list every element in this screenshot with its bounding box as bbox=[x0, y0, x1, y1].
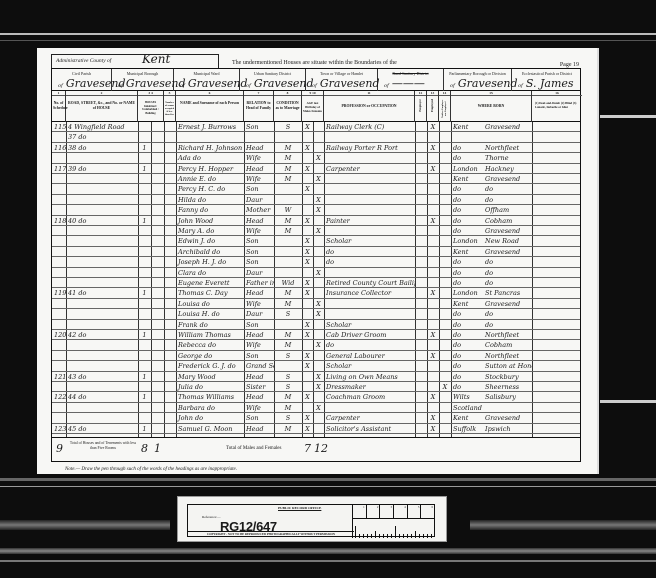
cell-born-place: Stockbury bbox=[483, 372, 532, 382]
film-streak bbox=[600, 400, 656, 403]
ruler-tick bbox=[367, 534, 368, 538]
cell-cond bbox=[274, 268, 302, 278]
ruler-mark: 4 bbox=[394, 505, 408, 518]
cell-occ: do bbox=[324, 247, 415, 257]
cell-cond bbox=[274, 132, 302, 142]
cell-rel bbox=[244, 132, 274, 142]
film-streak bbox=[0, 33, 656, 35]
cell-born-place: Gravesend bbox=[483, 174, 532, 184]
ruler-tick bbox=[387, 534, 388, 538]
cell-occ: Dressmaker bbox=[324, 382, 415, 392]
cell-age-f: X bbox=[313, 174, 324, 184]
cell-born-place: Cobham bbox=[483, 216, 532, 226]
intro-text: The undermentioned Houses are situate wi… bbox=[232, 60, 397, 66]
cell-age-m: X bbox=[302, 413, 313, 423]
prefix: of bbox=[384, 83, 389, 89]
cell-emp bbox=[415, 247, 427, 257]
cell-cond: M bbox=[274, 288, 302, 298]
cell-born-county: do bbox=[451, 195, 483, 205]
cell-emp bbox=[415, 299, 427, 309]
cell-cond: M bbox=[274, 216, 302, 226]
cell-occ: General Labourer bbox=[324, 351, 415, 361]
cell-born-county: do bbox=[451, 309, 483, 319]
cell-address bbox=[66, 382, 138, 392]
cell-neither bbox=[439, 143, 451, 153]
cell-age-m bbox=[302, 195, 313, 205]
cell-age-f: X bbox=[313, 372, 324, 382]
houses-total-label: Total of Houses and of Tenements with le… bbox=[68, 441, 138, 451]
ruler-tick bbox=[399, 534, 400, 538]
cell-emp bbox=[415, 320, 427, 330]
cell-inh bbox=[138, 320, 151, 330]
cell-emp bbox=[415, 174, 427, 184]
value: S. James bbox=[526, 77, 574, 90]
cell-age-f bbox=[313, 330, 324, 340]
col-num: 5 bbox=[164, 91, 175, 96]
cell-name: Edwin J. do bbox=[176, 236, 244, 246]
cell-address bbox=[66, 361, 138, 371]
cell-empd bbox=[427, 299, 439, 309]
cell-empd bbox=[427, 174, 439, 184]
cell-rel: Head bbox=[244, 424, 274, 434]
cell-born-county: Wilts bbox=[451, 392, 483, 402]
cell-neither bbox=[439, 257, 451, 267]
cell-empd bbox=[427, 195, 439, 205]
col-text: Employer bbox=[418, 99, 425, 112]
cell-born-county: do bbox=[451, 226, 483, 236]
ruler-tick bbox=[383, 534, 384, 538]
table-row: Joseph H. J. doSonXdododo bbox=[52, 257, 580, 267]
cell-sched bbox=[52, 174, 66, 184]
district-parliamentary: Parliamentary Borough or Division ofGrav… bbox=[444, 69, 512, 91]
prefix: of bbox=[58, 83, 63, 89]
cell-born-place: New Road bbox=[483, 236, 532, 246]
cell-born-county: Scotland bbox=[451, 403, 483, 413]
cell-neither bbox=[439, 372, 451, 382]
table-row: George doSonSXGeneral LabourerXdoNorthfl… bbox=[52, 351, 580, 361]
cell-born-county: do bbox=[451, 320, 483, 330]
cell-neither bbox=[439, 164, 451, 174]
cell-name: John Wood bbox=[176, 216, 244, 226]
cell-sched bbox=[52, 226, 66, 236]
col-num: 2 bbox=[66, 91, 137, 96]
cell-sched bbox=[52, 184, 66, 194]
cell-age-m: X bbox=[302, 122, 313, 132]
cell-born-place: Gravesend bbox=[483, 226, 532, 236]
cell-address: 41 do bbox=[66, 288, 138, 298]
cell-address bbox=[66, 340, 138, 350]
cell-occ: Railway Clerk (C) bbox=[324, 122, 415, 132]
cell-born-place: do bbox=[483, 320, 532, 330]
cell-rel: Head bbox=[244, 392, 274, 402]
cell-age-m: X bbox=[302, 164, 313, 174]
cell-occ: Coachman Groom bbox=[324, 392, 415, 402]
value: Gravesend bbox=[458, 77, 518, 90]
col-name: 6NAME and Surname of each Person bbox=[176, 91, 244, 122]
cell-inh: 1 bbox=[138, 216, 151, 226]
cell-born-place: Gravesend bbox=[483, 299, 532, 309]
film-streak bbox=[600, 115, 656, 118]
table-row: 11840 do1John WoodHeadMXPainterXdoCobham bbox=[52, 216, 580, 226]
cell-born-place bbox=[483, 132, 532, 142]
cell-emp bbox=[415, 205, 427, 215]
males-females-label: Total of Males and Females bbox=[226, 446, 281, 451]
cell-empd: X bbox=[427, 288, 439, 298]
cell-name: William Thomas bbox=[176, 330, 244, 340]
district-rural-sanitary: Rural Sanitary District of——— bbox=[378, 69, 444, 91]
cell-age-f: X bbox=[313, 382, 324, 392]
col-text: AGE last Birthday of Males Females bbox=[303, 101, 322, 113]
cell-emp bbox=[415, 153, 427, 163]
cell-occ bbox=[324, 205, 415, 215]
cell-rel: Son bbox=[244, 351, 274, 361]
cell-address bbox=[66, 236, 138, 246]
cell-born-place: Cobham bbox=[483, 340, 532, 350]
cell-born-county: do bbox=[451, 184, 483, 194]
cell-age-f bbox=[313, 320, 324, 330]
table-row: 1154 Wingfield RoadErnest J. BurrowsSonS… bbox=[52, 122, 580, 132]
district-urban-sanitary: Urban Sanitary District ofGravesend bbox=[240, 69, 306, 91]
district-municipal-borough: Municipal Borough ofGravesend bbox=[112, 69, 174, 91]
cell-address bbox=[66, 226, 138, 236]
prefix: of bbox=[450, 83, 455, 89]
cell-occ: Living on Own Means bbox=[324, 372, 415, 382]
cell-empd bbox=[427, 257, 439, 267]
cell-cond bbox=[274, 236, 302, 246]
cell-name: Thomas C. Day bbox=[176, 288, 244, 298]
cell-sched bbox=[52, 299, 66, 309]
cell-address bbox=[66, 299, 138, 309]
cell-neither bbox=[439, 424, 451, 434]
cell-age-m: X bbox=[302, 288, 313, 298]
cell-inh bbox=[138, 257, 151, 267]
cell-born-place: do bbox=[483, 195, 532, 205]
cell-address: 44 do bbox=[66, 392, 138, 402]
col-num: 1 bbox=[52, 91, 65, 96]
admin-county-label: Administrative County of bbox=[56, 58, 111, 64]
cell-cond: M bbox=[274, 174, 302, 184]
cell-occ bbox=[324, 195, 415, 205]
value: ——— bbox=[392, 77, 425, 90]
cell-born-county: Kent bbox=[451, 174, 483, 184]
col-num: 7 bbox=[244, 91, 273, 96]
houses-uninhabited-total: 1 bbox=[154, 442, 161, 455]
cell-born-county: Suffolk bbox=[451, 424, 483, 434]
cell-empd bbox=[427, 268, 439, 278]
cell-sched bbox=[52, 132, 66, 142]
cell-cond bbox=[274, 247, 302, 257]
cell-age-m bbox=[302, 153, 313, 163]
table-row: 11638 do1Richard H. JohnsonHeadMXRailway… bbox=[52, 143, 580, 153]
cell-age-m: X bbox=[302, 330, 313, 340]
cell-age-m: X bbox=[302, 236, 313, 246]
cell-born-place: do bbox=[483, 309, 532, 319]
cell-age-f: X bbox=[313, 340, 324, 350]
cell-born-place: Offham bbox=[483, 205, 532, 215]
district-town: Town or Village or Hamlet ofGravesend bbox=[306, 69, 378, 91]
cell-address: 37 do bbox=[66, 132, 138, 142]
cell-age-f bbox=[313, 257, 324, 267]
cell-neither bbox=[439, 184, 451, 194]
cell-born-county: London bbox=[451, 288, 483, 298]
cell-address bbox=[66, 174, 138, 184]
cell-occ: Scholar bbox=[324, 361, 415, 371]
cell-name: Ernest J. Burrows bbox=[176, 122, 244, 132]
cell-name: Samuel G. Moon bbox=[176, 424, 244, 434]
cell-occ bbox=[324, 403, 415, 413]
cell-age-m: X bbox=[302, 351, 313, 361]
district-header: Civil Parish ofGravesend Municipal Borou… bbox=[52, 69, 580, 91]
cell-emp bbox=[415, 143, 427, 153]
cell-emp bbox=[415, 278, 427, 288]
cell-sched bbox=[52, 340, 66, 350]
cell-address: 39 do bbox=[66, 164, 138, 174]
col-rooms: 5Number of rooms occupied if less than f… bbox=[164, 91, 176, 122]
cell-born-place: Hackney bbox=[483, 164, 532, 174]
cell-age-f: X bbox=[313, 309, 324, 319]
cell-sched bbox=[52, 361, 66, 371]
cell-empd bbox=[427, 205, 439, 215]
col-text: NAME and Surname of each Person bbox=[177, 101, 242, 106]
cell-inh bbox=[138, 299, 151, 309]
cell-empd: X bbox=[427, 413, 439, 423]
table-row: Edwin J. doSonXScholarLondonNew Road bbox=[52, 236, 580, 246]
cell-neither bbox=[439, 340, 451, 350]
ruler-tick bbox=[375, 531, 376, 538]
table-row: Rebecca doWifeMXdodoCobham bbox=[52, 340, 580, 350]
table-row: Annie E. doWifeMXKentGravesend bbox=[52, 174, 580, 184]
district-value: ofGravesend bbox=[450, 77, 517, 90]
cell-neither bbox=[439, 153, 451, 163]
cell-inh: 1 bbox=[138, 330, 151, 340]
cell-born-place: Gravesend bbox=[483, 122, 532, 132]
cell-rel: Head bbox=[244, 372, 274, 382]
table-row: Julia doSisterSXDressmakerXdoSheerness bbox=[52, 382, 580, 392]
cell-born-place: Northfleet bbox=[483, 351, 532, 361]
cell-occ bbox=[324, 268, 415, 278]
cell-age-m bbox=[302, 132, 313, 142]
film-streak bbox=[0, 520, 170, 530]
cell-age-m bbox=[302, 268, 313, 278]
cell-name: Annie E. do bbox=[176, 174, 244, 184]
cell-occ: Carpenter bbox=[324, 413, 415, 423]
cell-sched: 120 bbox=[52, 330, 66, 340]
district-value: ofS. James bbox=[518, 77, 574, 90]
cell-name: Frank do bbox=[176, 320, 244, 330]
cell-empd bbox=[427, 372, 439, 382]
cell-born-county: do bbox=[451, 340, 483, 350]
cell-name bbox=[176, 132, 244, 142]
film-streak bbox=[0, 486, 656, 487]
film-streak bbox=[0, 478, 656, 481]
cell-cond bbox=[274, 320, 302, 330]
cell-empd bbox=[427, 153, 439, 163]
cell-age-m: X bbox=[302, 143, 313, 153]
cell-name: Mary A. do bbox=[176, 226, 244, 236]
table-row: 12042 do1William ThomasHeadMXCab Driver … bbox=[52, 330, 580, 340]
cell-rel: Son bbox=[244, 413, 274, 423]
value: Gravesend bbox=[254, 77, 314, 90]
cell-sched: 119 bbox=[52, 288, 66, 298]
cell-empd bbox=[427, 403, 439, 413]
cell-occ bbox=[324, 174, 415, 184]
cell-address: 40 do bbox=[66, 216, 138, 226]
cell-inh bbox=[138, 205, 151, 215]
cell-occ: Insurance Collector bbox=[324, 288, 415, 298]
cell-empd: X bbox=[427, 143, 439, 153]
cell-age-m: X bbox=[302, 361, 313, 371]
ruler-tick bbox=[411, 534, 412, 538]
cell-age-f bbox=[313, 288, 324, 298]
col-text: Neither Employer nor Employed bbox=[441, 98, 449, 120]
cell-cond: M bbox=[274, 153, 302, 163]
col-num: 12 bbox=[415, 91, 426, 96]
col-text: (1) Deaf-and-Dumb (2) Blind (3) Lunatic,… bbox=[535, 101, 581, 109]
reference-card-inner: PUBLIC RECORD OFFICE Reference:— RG12/64… bbox=[187, 504, 435, 537]
cell-age-f: X bbox=[313, 153, 324, 163]
cell-born-place: do bbox=[483, 268, 532, 278]
cell-name: Louisa H. do bbox=[176, 309, 244, 319]
col-num: 8 bbox=[274, 91, 301, 96]
cell-neither bbox=[439, 288, 451, 298]
district-value: ofGravesend bbox=[180, 77, 247, 90]
cell-cond: S bbox=[274, 382, 302, 392]
cell-age-f: X bbox=[313, 403, 324, 413]
film-streak bbox=[0, 560, 656, 562]
cell-sched: 121 bbox=[52, 372, 66, 382]
cell-cond: M bbox=[274, 392, 302, 402]
cell-inh bbox=[138, 132, 151, 142]
cell-emp bbox=[415, 226, 427, 236]
cell-born-county: do bbox=[451, 361, 483, 371]
table-row: 37 do bbox=[52, 132, 580, 142]
cell-empd bbox=[427, 382, 439, 392]
value: Gravesend bbox=[320, 77, 380, 90]
table-row: Clara doDaurXdodo bbox=[52, 268, 580, 278]
record-office-title: PUBLIC RECORD OFFICE bbox=[278, 506, 321, 510]
cell-age-m bbox=[302, 403, 313, 413]
cell-name: Thomas Williams bbox=[176, 392, 244, 402]
cell-born-county: do bbox=[451, 143, 483, 153]
cell-emp bbox=[415, 122, 427, 132]
col-schedule: 1No. of Schedule bbox=[52, 91, 66, 122]
cell-age-m bbox=[302, 382, 313, 392]
cell-sched bbox=[52, 320, 66, 330]
ruler-tick bbox=[395, 526, 396, 538]
admin-county-value: Kent bbox=[142, 52, 170, 66]
ruler-mark: 3 bbox=[380, 505, 394, 518]
reference-card: PUBLIC RECORD OFFICE Reference:— RG12/64… bbox=[177, 496, 447, 542]
cell-name: Percy H. Hopper bbox=[176, 164, 244, 174]
cell-born-place: Salisbury bbox=[483, 392, 532, 402]
cell-address bbox=[66, 320, 138, 330]
cell-cond: M bbox=[274, 330, 302, 340]
cell-age-f bbox=[313, 184, 324, 194]
cell-age-m bbox=[302, 205, 313, 215]
table-row: Ada doWifeMXdoThorne bbox=[52, 153, 580, 163]
cell-inh bbox=[138, 247, 151, 257]
cell-born-place: Ipswich bbox=[483, 424, 532, 434]
cell-cond: S bbox=[274, 351, 302, 361]
cell-inh bbox=[138, 413, 151, 423]
cell-empd bbox=[427, 278, 439, 288]
col-text: Number of rooms occupied if less than fi… bbox=[165, 101, 174, 116]
scale-ruler: 1 2 3 4 5 6 bbox=[352, 505, 434, 538]
table-row: 12244 do1Thomas WilliamsHeadMXCoachman G… bbox=[52, 392, 580, 402]
cell-sched bbox=[52, 403, 66, 413]
cell-sched bbox=[52, 278, 66, 288]
cell-age-f bbox=[313, 424, 324, 434]
col-num: 6 bbox=[176, 91, 243, 96]
prefix: of bbox=[518, 83, 523, 89]
col-text: ROAD, STREET, &c., and No. or NAME of HO… bbox=[67, 101, 136, 111]
cell-born-place: Northfleet bbox=[483, 143, 532, 153]
cell-empd bbox=[427, 361, 439, 371]
ruler-tick bbox=[407, 534, 408, 538]
table-row: Louisa H. doDaurSXdodo bbox=[52, 309, 580, 319]
footer-note: Note.— Draw the pen through such of the … bbox=[65, 467, 237, 472]
cell-cond: M bbox=[274, 143, 302, 153]
cell-neither bbox=[439, 236, 451, 246]
cell-name: Fanny do bbox=[176, 205, 244, 215]
cell-age-f bbox=[313, 361, 324, 371]
cell-emp bbox=[415, 424, 427, 434]
ruler-tick bbox=[415, 531, 416, 538]
cell-age-m bbox=[302, 309, 313, 319]
district-label: Town or Village or Hamlet bbox=[306, 71, 377, 76]
cell-age-f bbox=[313, 122, 324, 132]
cell-empd: X bbox=[427, 424, 439, 434]
cell-inh bbox=[138, 195, 151, 205]
col-neither: 14Neither Employer nor Employed bbox=[439, 91, 451, 122]
cell-occ bbox=[324, 153, 415, 163]
cell-born-county: Kent bbox=[451, 122, 483, 132]
table-row: Frank doSonXScholardodo bbox=[52, 320, 580, 330]
cell-cond: S bbox=[274, 372, 302, 382]
district-label: Urban Sanitary District bbox=[240, 71, 305, 76]
cell-emp bbox=[415, 288, 427, 298]
cell-born-county: London bbox=[451, 164, 483, 174]
cell-rel: Head bbox=[244, 216, 274, 226]
cell-occ: Painter bbox=[324, 216, 415, 226]
cell-name: Percy H. C. do bbox=[176, 184, 244, 194]
cell-name: Richard H. Johnson bbox=[176, 143, 244, 153]
cell-name: Eugene Everett bbox=[176, 278, 244, 288]
district-value: ofGravesend bbox=[312, 77, 379, 90]
cell-neither bbox=[439, 403, 451, 413]
schedule-total: 9 bbox=[56, 442, 63, 455]
cell-sched bbox=[52, 257, 66, 267]
cell-born-place: Gravesend bbox=[483, 413, 532, 423]
col-age: 9 10AGE last Birthday of Males Females bbox=[302, 91, 324, 122]
table-row: 12143 do1Mary WoodHeadSXLiving on Own Me… bbox=[52, 372, 580, 382]
ruler-mark: 1 bbox=[353, 505, 367, 518]
district-label: Municipal Ward bbox=[174, 71, 239, 76]
ruler-tick bbox=[391, 534, 392, 538]
cell-sched bbox=[52, 413, 66, 423]
cell-address bbox=[66, 247, 138, 257]
cell-neither bbox=[439, 174, 451, 184]
cell-neither bbox=[439, 299, 451, 309]
cell-rel: Wife bbox=[244, 174, 274, 184]
ruler-top: 1 2 3 4 5 6 bbox=[353, 505, 434, 519]
cell-name: John do bbox=[176, 413, 244, 423]
cell-occ: do bbox=[324, 257, 415, 267]
cell-born-county: do bbox=[451, 372, 483, 382]
cell-inh bbox=[138, 403, 151, 413]
cell-occ: Retired County Court Bailiff bbox=[324, 278, 415, 288]
cell-occ bbox=[324, 184, 415, 194]
